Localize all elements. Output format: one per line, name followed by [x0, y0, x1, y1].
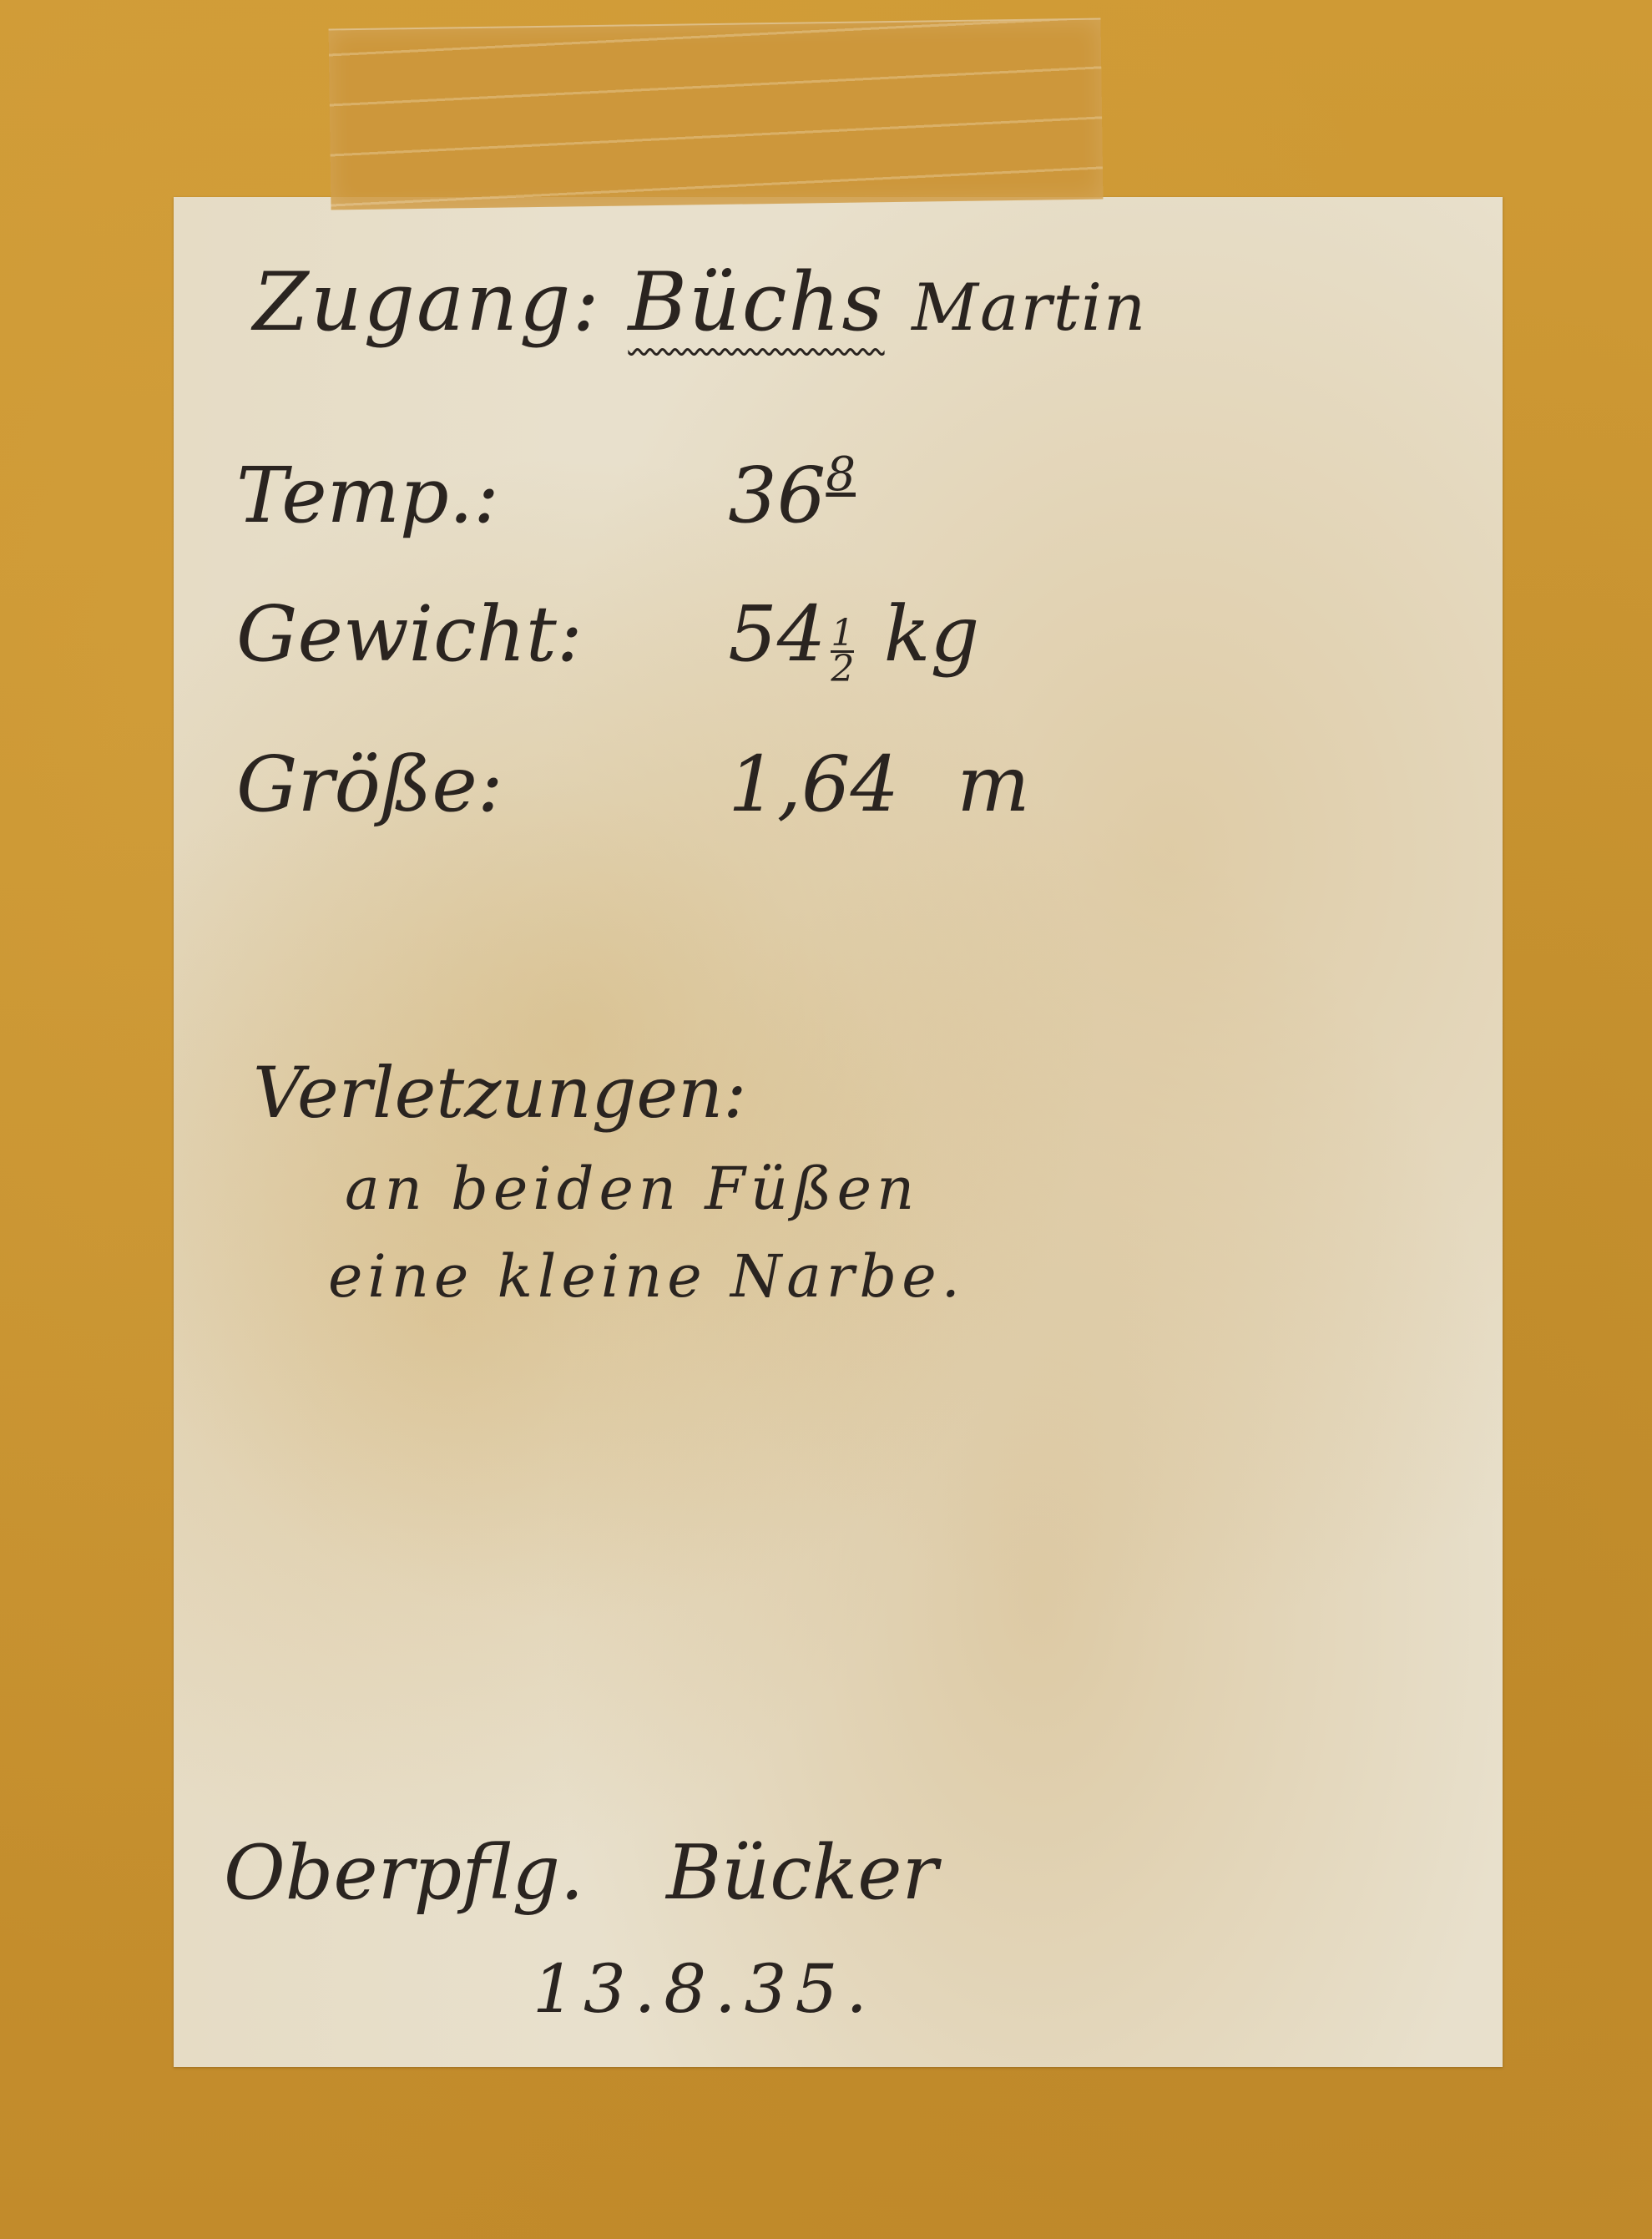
weight-label: Gewicht: — [236, 589, 704, 679]
signature: Oberpflg. Bücker — [224, 1829, 937, 1917]
signer-rank: Oberpflg. — [224, 1829, 584, 1917]
temperature-value: 368 — [728, 447, 856, 540]
admission-header: Zugang: Büchs Martin — [253, 255, 1147, 349]
prisoner-first-name: Martin — [912, 270, 1147, 346]
admission-card: Zugang: Büchs Martin Temp.: 368 Gewicht:… — [174, 197, 1503, 2067]
height-unit: m — [957, 740, 1029, 829]
weight-value: 5412 kg — [728, 589, 979, 685]
signer-name: Bücker — [666, 1829, 937, 1917]
height-value: 1,64 m — [728, 740, 1029, 829]
height-label: Größe: — [236, 740, 704, 829]
injuries-section: Verletzungen: an beiden Füßen eine klein… — [253, 1040, 965, 1321]
admission-label: Zugang: — [253, 255, 601, 349]
weight-row: Gewicht: 5412 kg — [236, 589, 979, 685]
prisoner-surname: Büchs — [628, 255, 884, 349]
temperature-decimal: 8 — [826, 447, 856, 502]
injuries-label: Verletzungen: — [253, 1040, 965, 1145]
weight-fraction: 12 — [831, 617, 854, 685]
injuries-line-2: eine kleine Narbe. — [253, 1233, 965, 1321]
temperature-label: Temp.: — [236, 451, 704, 540]
adhesive-tape — [329, 18, 1104, 210]
date: 13.8.35. — [533, 1950, 876, 2028]
weight-unit: kg — [884, 589, 980, 679]
injuries-line-1: an beiden Füßen — [253, 1145, 965, 1233]
height-row: Größe: 1,64 m — [236, 740, 1030, 829]
temperature-row: Temp.: 368 — [236, 447, 856, 540]
